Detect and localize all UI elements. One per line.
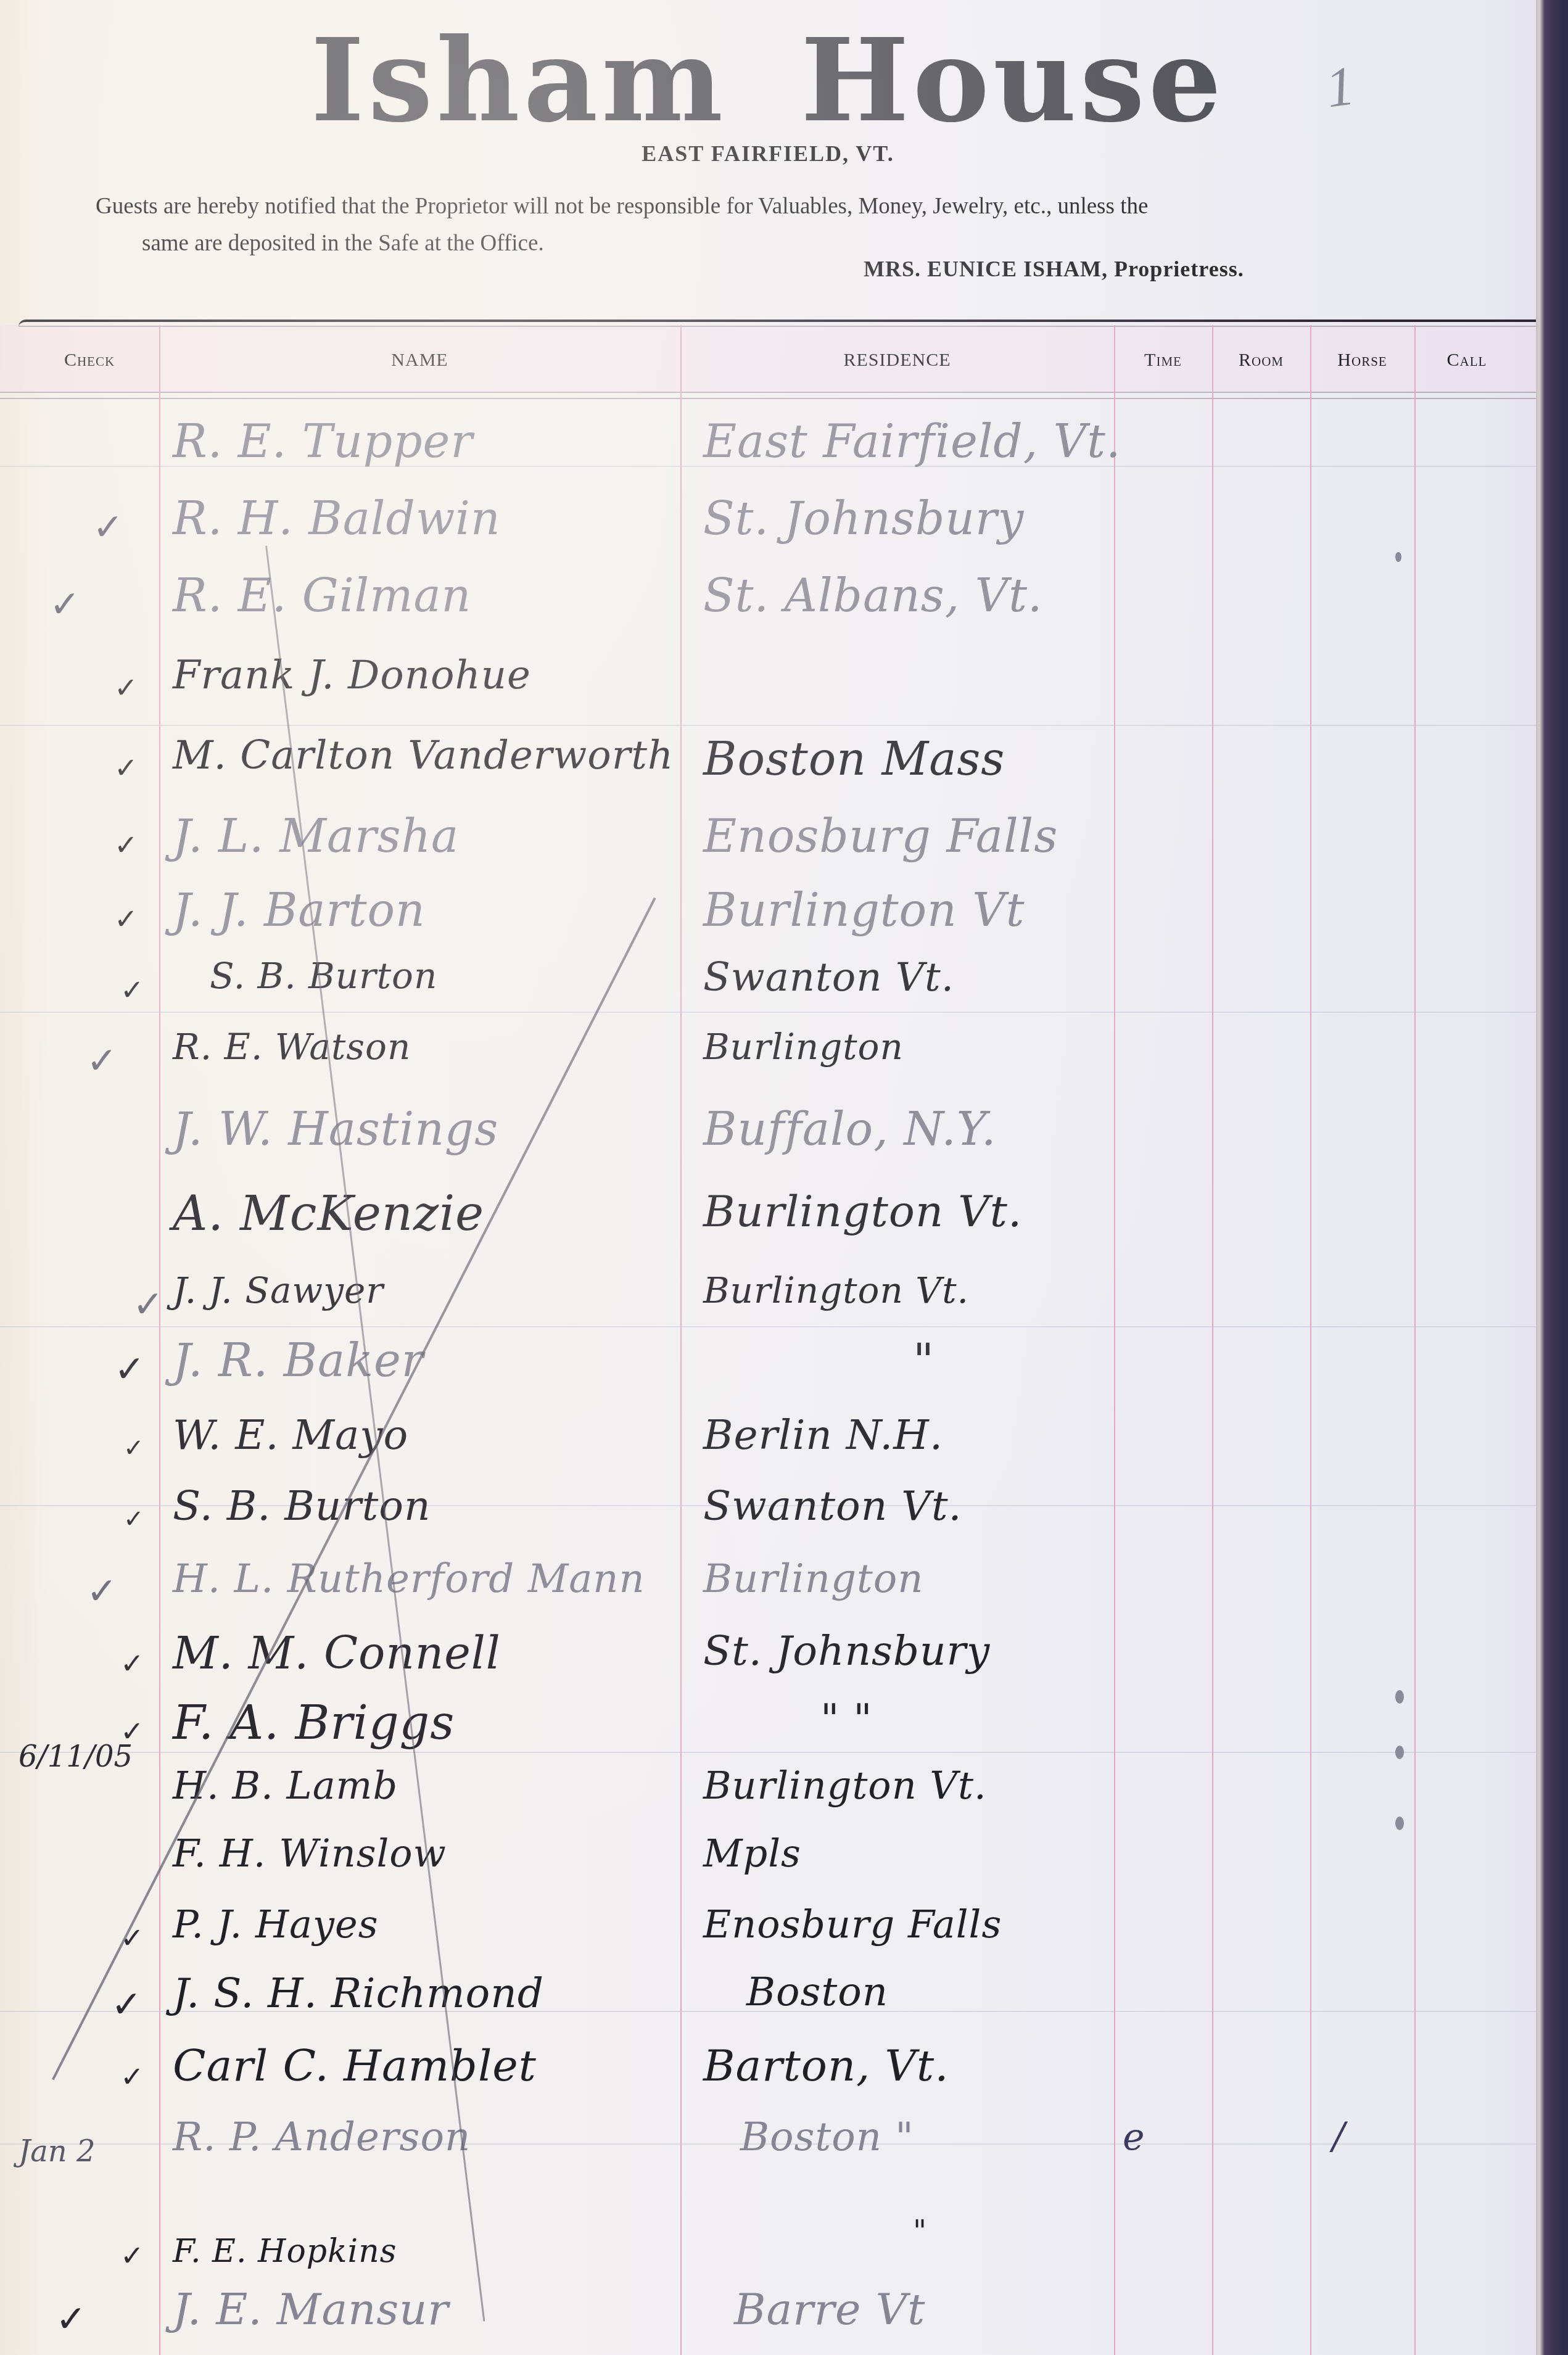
check-mark: ✓ xyxy=(86,1039,117,1083)
guest-ledger-table: Check NAME RESIDENCE Time Room Horse Cal… xyxy=(0,311,1536,2355)
register-entry: ✓ J. E. Mansur Barre Vt xyxy=(0,2279,1536,2347)
register-entry: ✓ R. E. Watson Burlington xyxy=(0,1021,1536,1089)
register-entry: ✓ R. H. Baldwin St. Johnsbury xyxy=(0,487,1536,555)
guest-residence: Burlington Vt. xyxy=(703,1186,1022,1237)
notice-line-1: Guests are hereby notified that the Prop… xyxy=(96,194,1148,219)
register-entry: ✓ S. B. Burton Swanton Vt. xyxy=(0,950,1536,1018)
guest-name: R. E. Gilman xyxy=(173,569,471,622)
margin-date-note: 6/11/05 xyxy=(19,1739,133,1774)
guest-residence: Enosburg Falls xyxy=(703,1902,1002,1947)
check-mark: ✓ xyxy=(120,1647,144,1680)
check-mark: ✓ xyxy=(56,2298,86,2341)
guest-residence: Burlington Vt xyxy=(703,884,1025,937)
guest-residence: Swanton Vt. xyxy=(703,1482,962,1530)
check-mark: ✓ xyxy=(120,973,144,1007)
guest-name: Carl C. Hamblet xyxy=(173,2040,537,2091)
register-entry: ✓ J. J. Barton Burlington Vt xyxy=(0,879,1536,947)
check-mark: ✓ xyxy=(49,583,80,626)
register-entry: A. McKenzie Burlington Vt. xyxy=(0,1181,1536,1249)
register-entry: ✓ S. B. Burton Swanton Vt. xyxy=(0,1477,1536,1545)
column-header-horse: Horse xyxy=(1310,350,1414,371)
guest-residence: " xyxy=(913,2214,927,2249)
guest-residence: " xyxy=(913,1334,935,1387)
register-entry: ✓ J. J. Sawyer Burlington Vt. xyxy=(0,1264,1536,1332)
check-mark: ✓ xyxy=(133,1283,163,1326)
guest-name: M. Carlton Vanderworth xyxy=(173,733,674,778)
guest-residence: Berlin N.H. xyxy=(703,1411,943,1459)
row-rule xyxy=(0,725,1536,726)
register-entry: ✓ F. E. Hopkins " xyxy=(0,2214,1536,2282)
ink-blot xyxy=(1395,1746,1404,1759)
header-underline-rule xyxy=(0,392,1536,399)
hotel-location: EAST FAIRFIELD, VT. xyxy=(0,141,1536,167)
guest-residence: Burlington xyxy=(703,1026,904,1068)
guest-residence: Mpls xyxy=(703,1831,801,1876)
title-word-1: Isham xyxy=(311,12,727,147)
check-mark: ✓ xyxy=(86,1570,117,1613)
register-entry: ✓ H. L. Rutherford Mann Burlington xyxy=(0,1551,1536,1619)
guest-residence: Enosburg Falls xyxy=(703,810,1058,863)
guest-residence: St. Albans, Vt. xyxy=(703,569,1042,622)
column-header-time: Time xyxy=(1114,350,1212,371)
register-entry: ✓ F. A. Briggs " " xyxy=(0,1690,1536,1758)
register-entry: R. P. Anderson Boston " e / xyxy=(0,2110,1536,2177)
check-mark: ✓ xyxy=(123,1505,144,1533)
guest-name: J. J. Sawyer xyxy=(173,1269,384,1311)
guest-name: R. E. Watson xyxy=(173,1026,411,1068)
guest-name: H. B. Lamb xyxy=(173,1763,398,1808)
guest-residence: Swanton Vt. xyxy=(703,955,954,1000)
guest-name: J. J. Barton xyxy=(173,884,426,937)
column-header-check: Check xyxy=(37,350,142,371)
register-entry: R. E. Tupper East Fairfield, Vt. xyxy=(0,410,1536,478)
guest-residence: Boston Mass xyxy=(703,733,1005,786)
page-title: IshamHouse xyxy=(0,12,1536,147)
guest-name: F. E. Hopkins xyxy=(173,2233,397,2270)
guest-residence: Boston " xyxy=(740,2114,914,2160)
register-entry: J. W. Hastings Buffalo, N.Y. xyxy=(0,1098,1536,1166)
ink-blot xyxy=(1395,1690,1404,1704)
guest-name: R. E. Tupper xyxy=(173,415,473,468)
register-entry: ✓ R. E. Gilman St. Albans, Vt. xyxy=(0,564,1536,632)
register-entry: ✓ J. L. Marsha Enosburg Falls xyxy=(0,805,1536,873)
guest-residence: Buffalo, N.Y. xyxy=(703,1103,997,1156)
register-entry: ✓ Frank J. Donohue xyxy=(0,648,1536,716)
register-entry: ✓ P. J. Hayes Enosburg Falls xyxy=(0,1897,1536,1965)
guest-residence: East Fairfield, Vt. xyxy=(703,415,1121,468)
margin-date-note: Jan 2 xyxy=(19,2134,96,2169)
room-mark: e xyxy=(1123,2116,1145,2159)
guest-name: S. B. Burton xyxy=(173,1482,431,1530)
check-mark: ✓ xyxy=(93,506,123,549)
proprietor-line: MRS. EUNICE ISHAM, Proprietress. xyxy=(864,256,1244,282)
guest-notice: Guests are hereby notified that the Prop… xyxy=(96,188,1422,262)
register-entry: ✓ M. Carlton Vanderworth Boston Mass xyxy=(0,728,1536,796)
guest-name: P. J. Hayes xyxy=(173,1902,379,1947)
top-rule xyxy=(19,320,1536,327)
check-mark: ✓ xyxy=(120,2239,144,2272)
guest-name: J. S. H. Richmond xyxy=(173,1969,544,2017)
guest-residence: St. Johnsbury xyxy=(703,1627,990,1675)
register-entry: H. B. Lamb Burlington Vt. xyxy=(0,1758,1536,1826)
guest-name: A. McKenzie xyxy=(173,1186,484,1242)
register-entry: F. H. Winslow Mpls xyxy=(0,1826,1536,1894)
register-entry: ✓ J. S. H. Richmond Boston xyxy=(0,1965,1536,2032)
register-page: IshamHouse 1 EAST FAIRFIELD, VT. Guests … xyxy=(0,0,1536,2355)
guest-name: Frank J. Donohue xyxy=(173,653,531,698)
check-mark: ✓ xyxy=(114,1348,145,1391)
guest-residence: Boston xyxy=(746,1969,888,2015)
guest-name: M. M. Connell xyxy=(173,1627,501,1679)
guest-name: J. R. Baker xyxy=(173,1334,424,1387)
column-header-name: NAME xyxy=(159,350,680,371)
check-mark: ✓ xyxy=(111,1983,142,2026)
guest-name: R. P. Anderson xyxy=(173,2114,471,2160)
guest-name: H. L. Rutherford Mann xyxy=(173,1556,645,1602)
register-entry: ✓ J. R. Baker " xyxy=(0,1329,1536,1397)
book-binding-edge xyxy=(1536,0,1568,2355)
guest-residence: Barre Vt xyxy=(734,2284,925,2335)
guest-residence: Barton, Vt. xyxy=(703,2040,949,2091)
guest-name: F. H. Winslow xyxy=(173,1831,447,1876)
ink-blot xyxy=(1395,1817,1404,1830)
column-header-room: Room xyxy=(1212,350,1310,371)
register-header: IshamHouse 1 EAST FAIRFIELD, VT. Guests … xyxy=(0,0,1536,321)
ink-blot xyxy=(1395,552,1401,562)
check-mark: ✓ xyxy=(114,828,138,862)
check-mark: ✓ xyxy=(120,2060,144,2093)
guest-residence: Burlington Vt. xyxy=(703,1269,969,1311)
column-header-call: Call xyxy=(1414,350,1519,371)
register-entry: ✓ W. E. Mayo Berlin N.H. xyxy=(0,1406,1536,1474)
guest-name: S. B. Burton xyxy=(210,955,437,997)
column-header-residence: RESIDENCE xyxy=(680,350,1114,371)
guest-residence: " " xyxy=(820,1695,873,1743)
register-entry: ✓ M. M. Connell St. Johnsbury xyxy=(0,1622,1536,1690)
guest-residence: Burlington Vt. xyxy=(703,1763,987,1808)
check-mark: ✓ xyxy=(114,902,138,936)
horse-mark: / xyxy=(1332,2114,1345,2158)
register-entry: ✓ Carl C. Hamblet Barton, Vt. xyxy=(0,2035,1536,2103)
guest-name: R. H. Baldwin xyxy=(173,492,501,545)
guest-residence: St. Johnsbury xyxy=(703,492,1024,545)
guest-name: J. L. Marsha xyxy=(173,810,459,863)
check-mark: ✓ xyxy=(123,1434,144,1462)
guest-residence: Burlington xyxy=(703,1556,923,1602)
title-word-2: House xyxy=(801,12,1225,147)
guest-name: J. E. Mansur xyxy=(173,2284,449,2335)
check-mark: ✓ xyxy=(114,671,138,704)
check-mark: ✓ xyxy=(114,751,138,785)
